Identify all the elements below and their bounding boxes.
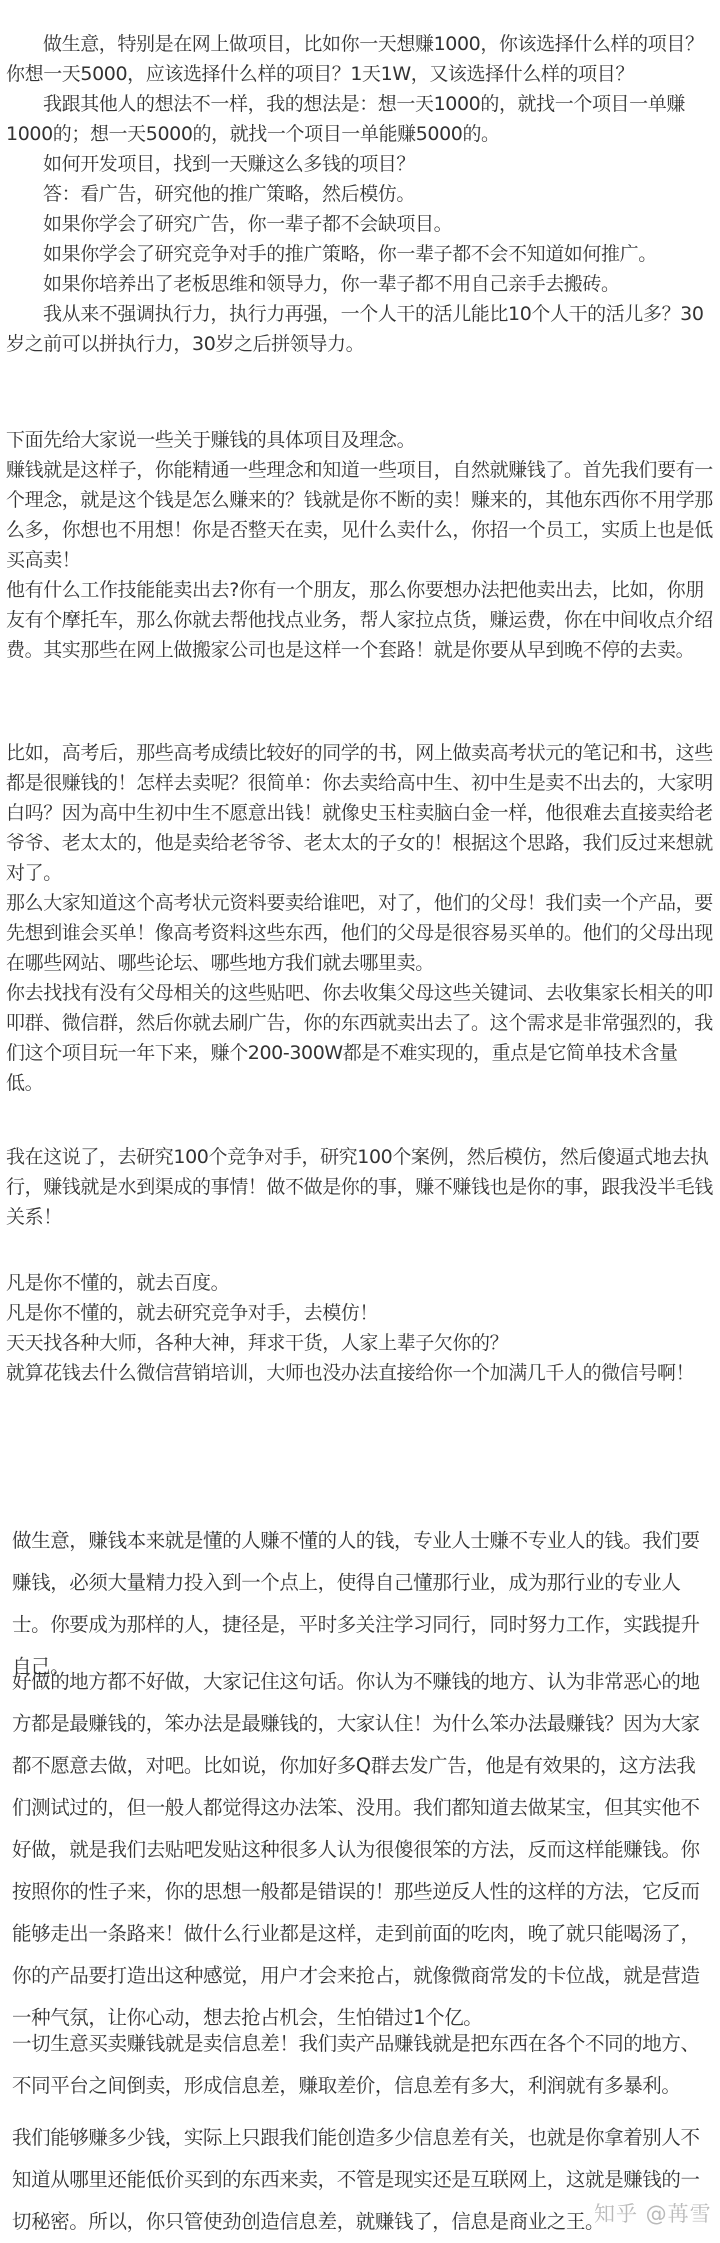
paragraph: 如果你学会了研究竞争对手的推广策略，你一辈子都不会不知道如何推广。 bbox=[6, 239, 714, 269]
paragraph: 好做的地方都不好做，大家记住这句话。你认为不赚钱的地方、认为非常恶心的地方都是最… bbox=[12, 1661, 712, 2039]
paragraph: 凡是你不懂的，就去研究竞争对手，去模仿！ bbox=[6, 1298, 714, 1328]
article-section-4: 我在这说了，去研究100个竞争对手，研究100个案例，然后模仿，然后傻逼式地去执… bbox=[6, 1142, 714, 1232]
paragraph: 做生意，特别是在网上做项目，比如你一天想赚1000，你该选择什么样的项目？你想一… bbox=[6, 29, 714, 89]
article-section-5: 凡是你不懂的，就去百度。 凡是你不懂的，就去研究竞争对手，去模仿！ 天天找各种大… bbox=[6, 1268, 714, 1388]
paragraph: 如果你学会了研究广告，你一辈子都不会缺项目。 bbox=[6, 209, 714, 239]
paragraph: 就算花钱去什么微信营销培训，大师也没办法直接给你一个加满几千人的微信号啊！ bbox=[6, 1358, 714, 1388]
article-section-1: 做生意，特别是在网上做项目，比如你一天想赚1000，你该选择什么样的项目？你想一… bbox=[6, 29, 714, 359]
paragraph: 你去找找有没有父母相关的这些贴吧、你去收集父母这些关键词、去收集家长相关的叩叩群… bbox=[6, 978, 714, 1098]
paragraph: 他有什么工作技能能卖出去?你有一个朋友，那么你要想办法把他卖出去，比如，你朋友有… bbox=[6, 575, 714, 665]
article-section-2: 下面先给大家说一些关于赚钱的具体项目及理念。 赚钱就是这样子，你能精通一些理念和… bbox=[6, 425, 714, 665]
paragraph: 如何开发项目，找到一天赚这么多钱的项目？ bbox=[6, 149, 714, 179]
paragraph: 如果你培养出了老板思维和领导力，你一辈子都不用自己亲手去搬砖。 bbox=[6, 269, 714, 299]
paragraph: 一切生意买卖赚钱就是卖信息差！我们卖产品赚钱就是把东西在各个不同的地方、不同平台… bbox=[12, 2023, 712, 2107]
article-section-8: 一切生意买卖赚钱就是卖信息差！我们卖产品赚钱就是把东西在各个不同的地方、不同平台… bbox=[12, 2023, 712, 2107]
paragraph: 比如，高考后，那些高考成绩比较好的同学的书，网上做卖高考状元的笔记和书，这些都是… bbox=[6, 738, 714, 888]
paragraph: 凡是你不懂的，就去百度。 bbox=[6, 1268, 714, 1298]
article-section-3: 比如，高考后，那些高考成绩比较好的同学的书，网上做卖高考状元的笔记和书，这些都是… bbox=[6, 738, 714, 1098]
paragraph: 我在这说了，去研究100个竞争对手，研究100个案例，然后模仿，然后傻逼式地去执… bbox=[6, 1142, 714, 1232]
paragraph: 那么大家知道这个高考状元资料要卖给谁吧，对了，他们的父母！我们卖一个产品，要先想… bbox=[6, 888, 714, 978]
paragraph: 赚钱就是这样子，你能精通一些理念和知道一些项目，自然就赚钱了。首先我们要有一个理… bbox=[6, 455, 714, 575]
paragraph: 下面先给大家说一些关于赚钱的具体项目及理念。 bbox=[6, 425, 714, 455]
zhihu-watermark: 知乎 @苒雪 bbox=[594, 2198, 712, 2228]
paragraph: 答：看广告，研究他的推广策略，然后模仿。 bbox=[6, 179, 714, 209]
paragraph: 天天找各种大师，各种大神，拜求干货，人家上辈子欠你的？ bbox=[6, 1328, 714, 1358]
article-section-7: 好做的地方都不好做，大家记住这句话。你认为不赚钱的地方、认为非常恶心的地方都是最… bbox=[12, 1661, 712, 2039]
paragraph: 我从来不强调执行力，执行力再强，一个人干的活儿能比10个人干的活儿多？30岁之前… bbox=[6, 299, 714, 359]
paragraph: 我跟其他人的想法不一样，我的想法是：想一天1000的，就找一个项目一单赚1000… bbox=[6, 89, 714, 149]
